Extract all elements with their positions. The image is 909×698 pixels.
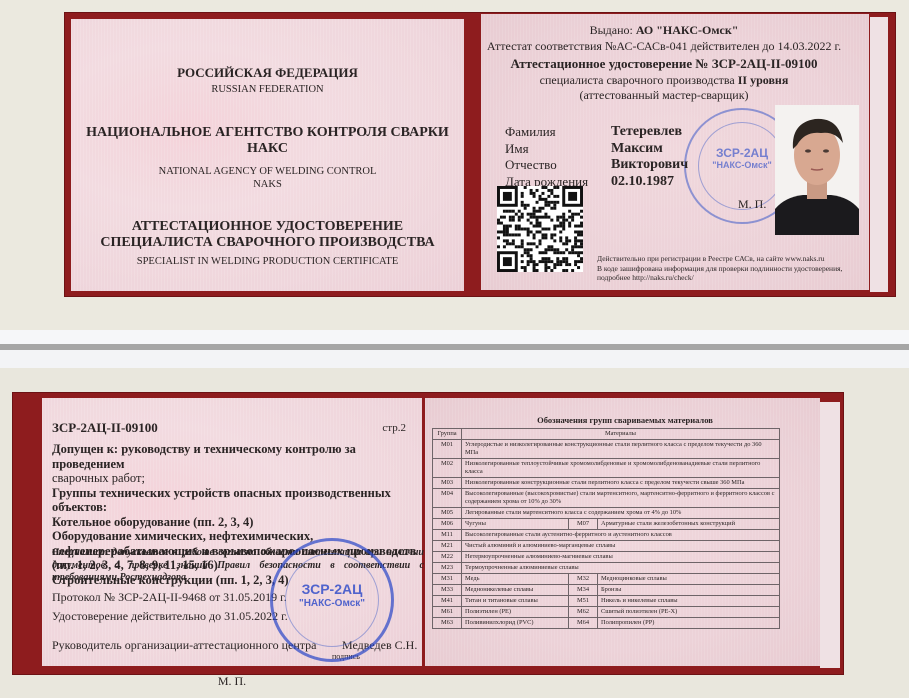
admitted-line: Допущен к: руководству и техническому ко… [52, 442, 422, 471]
page-edge-flap [870, 17, 888, 292]
validity-line: Удостоверение действительно до 31.05.202… [52, 609, 288, 624]
group-code: М22 [433, 552, 462, 563]
validity-note-line1: Действительно при регистрации в Реестре … [597, 254, 887, 264]
table-row: М11Высоколегированные стали аустенитно-ф… [433, 530, 780, 541]
issued-by: Выдано: АО "НАКС-Омск" [481, 23, 847, 38]
field-value: Викторович [611, 157, 688, 174]
group-code: М06 [433, 519, 462, 530]
head-label: Руководитель организации-аттестационного… [52, 638, 316, 653]
material-description: Медноникелевые сплавы [462, 585, 569, 596]
material-description: Арматурные стали железобетонных конструк… [598, 519, 780, 530]
group-code: М21 [433, 541, 462, 552]
table-row: М61Полиэтилен (PE)М62Сшитый полиэтилен (… [433, 607, 780, 618]
field-row: ОтчествоВикторович [505, 157, 688, 174]
agency-ru-line1: НАЦИОНАЛЬНОЕ АГЕНТСТВО КОНТРОЛЯ СВАРКИ [71, 125, 464, 141]
group-code: М64 [569, 618, 598, 629]
protocol-line: Протокол № ЗСР-2АЦ-II-9468 от 31.05.2019… [52, 590, 287, 605]
table-row: М05Легированные стали мартенситного клас… [433, 508, 780, 519]
material-description: Нетермоупрочненные алюминиево-магниевые … [462, 552, 780, 563]
material-description: Низколегированные конструкционные стали … [462, 478, 780, 489]
material-description: Термоупрочненные алюминиевые сплавы [462, 563, 780, 574]
group-item: Котельное оборудование (пп. 2, 3, 4) [52, 515, 422, 530]
material-description: Бронзы [598, 585, 780, 596]
material-description: Углеродистые и низколегированные констру… [462, 440, 780, 459]
admission-page: ЗСР-2АЦ-II-09100 стр.2 Допущен к: руково… [42, 398, 422, 666]
group-code: М04 [433, 489, 462, 508]
table-row: М04Высоколегированные (высокохромистые) … [433, 489, 780, 508]
material-description: Полиэтилен (PE) [462, 607, 569, 618]
group-code: М41 [433, 596, 462, 607]
material-description: Высоколегированные (высокохромистые) ста… [462, 489, 780, 508]
material-description: Чугуны [462, 519, 569, 530]
certificate-holder-page: Выдано: АО "НАКС-Омск" Аттестат соответс… [481, 14, 869, 290]
stamp-icon: ЗСР-2АЦ "НАКС-Омск" [270, 538, 394, 662]
scan-separator [0, 330, 909, 344]
field-value: Максим [611, 141, 663, 158]
group-code: М34 [569, 585, 598, 596]
qr-code-icon [497, 186, 583, 272]
seal-place: М. П. [738, 197, 766, 212]
group-code: М33 [433, 585, 462, 596]
material-description: Медь [462, 574, 569, 585]
table-row: М23Термоупрочненные алюминиевые сплавы [433, 563, 780, 574]
material-description: Чистый алюминий и алюминиево-марганцевые… [462, 541, 780, 552]
table-row: М02Низколегированные теплоустойчивые хро… [433, 459, 780, 478]
field-row: ФамилияТетеревлев [505, 124, 688, 141]
material-description: Полипропилен (PP) [598, 618, 780, 629]
level-value: II уровня [738, 73, 789, 87]
table-row: М06ЧугуныМ07Арматурные стали железобетон… [433, 519, 780, 530]
table-row: М31МедьМ32Медноцинковые сплавы [433, 574, 780, 585]
group-code: М23 [433, 563, 462, 574]
document-title-ru-line2: СПЕЦИАЛИСТА СВАРОЧНОГО ПРОИЗВОДСТВА [71, 235, 464, 251]
table-row: М41Титан и титановые сплавыМ51Никель и н… [433, 596, 780, 607]
material-description: Медноцинковые сплавы [598, 574, 780, 585]
field-value: 02.10.1987 [611, 174, 674, 191]
certificate-number: Аттестационное удостоверение № ЗСР-2АЦ-I… [481, 56, 847, 72]
table-row: М22Нетермоупрочненные алюминиево-магниев… [433, 552, 780, 563]
field-label: Имя [505, 141, 611, 158]
issued-label: Выдано: [590, 23, 633, 37]
document-title-ru: АТТЕСТАЦИОННОЕ УДОСТОВЕРЕНИЕ СПЕЦИАЛИСТА… [71, 219, 464, 251]
groups-heading: Группы технических устройств опасных про… [52, 486, 422, 515]
material-description: Поливинилхлорид (PVC) [462, 618, 569, 629]
material-description: Никель и никелевые сплавы [598, 596, 780, 607]
group-code: М03 [433, 478, 462, 489]
agency-en-line2: NAKS [71, 178, 464, 191]
level-prefix: специалиста сварочного производства [540, 73, 735, 87]
agency-en-line1: NATIONAL AGENCY OF WELDING CONTROL [71, 165, 464, 178]
validity-note-line3: подробнее http://naks.ru/check/ [597, 273, 887, 283]
materials-table: Группа Материалы М01Углеродистые и низко… [432, 428, 780, 629]
materials-table-title: Обозначения групп свариваемых материалов [425, 415, 825, 425]
holder-fields: ФамилияТетеревлевИмяМаксимОтчествоВиктор… [505, 124, 688, 190]
group-code: М11 [433, 530, 462, 541]
material-description: Сшитый полиэтилен (PE-X) [598, 607, 780, 618]
group-code: М07 [569, 519, 598, 530]
group-code: М05 [433, 508, 462, 519]
material-description: Титан и титановые сплавы [462, 596, 569, 607]
stamp-code: ЗСР-2АЦ [273, 581, 391, 597]
certificate-cover-page: РОССИЙСКАЯ ФЕДЕРАЦИЯ RUSSIAN FEDERATION … [71, 19, 464, 291]
country-en: RUSSIAN FEDERATION [71, 84, 464, 95]
page-edge-flap [820, 402, 840, 668]
group-code: М62 [569, 607, 598, 618]
country-ru: РОССИЙСКАЯ ФЕДЕРАЦИЯ [71, 65, 464, 81]
document-title-ru-line1: АТТЕСТАЦИОННОЕ УДОСТОВЕРЕНИЕ [71, 219, 464, 235]
registry-validity-note: Действительно при регистрации в Реестре … [597, 254, 887, 283]
scan-separator [0, 350, 909, 368]
field-row: ИмяМаксим [505, 141, 688, 158]
field-value: Тетеревлев [611, 124, 682, 141]
holder-photo-icon [775, 105, 859, 235]
group-code: М31 [433, 574, 462, 585]
col-materials: Материалы [462, 429, 780, 440]
validity-note-line2: В коде зашифрована информация для провер… [597, 264, 887, 274]
group-code: М01 [433, 440, 462, 459]
material-description: Низколегированные теплоустойчивые хромом… [462, 459, 780, 478]
table-row: М33Медноникелевые сплавыМ34Бронзы [433, 585, 780, 596]
specialist-role: (аттестованный мастер-сварщик) [481, 88, 847, 103]
seal-place: М. П. [42, 674, 422, 689]
material-description: Высоколегированные стали аустенитно-ферр… [462, 530, 780, 541]
admitted-line-cont: сварочных работ; [52, 471, 422, 486]
table-header: Группа Материалы [433, 429, 780, 440]
materials-page: Обозначения групп свариваемых материалов… [425, 398, 820, 666]
table-row: М63Поливинилхлорид (PVC)М64Полипропилен … [433, 618, 780, 629]
group-code: М51 [569, 596, 598, 607]
attestat-line: Аттестат соответствия №АС-САСв-041 дейст… [481, 39, 847, 54]
agency-ru-line2: НАКС [71, 141, 464, 157]
issuer-name: АО "НАКС-Омск" [636, 23, 739, 37]
table-row: М01Углеродистые и низколегированные конс… [433, 440, 780, 459]
stamp-name: "НАКС-Омск" [273, 598, 391, 609]
group-code: М02 [433, 459, 462, 478]
field-label: Фамилия [505, 124, 611, 141]
specialist-level: специалиста сварочного производства II у… [481, 73, 847, 88]
page-number: стр.2 [382, 422, 406, 434]
table-row: М03Низколегированные конструкционные ста… [433, 478, 780, 489]
agency-en: NATIONAL AGENCY OF WELDING CONTROL NAKS [71, 165, 464, 191]
group-code: М61 [433, 607, 462, 618]
field-label: Отчество [505, 157, 611, 174]
group-code: М63 [433, 618, 462, 629]
col-group: Группа [433, 429, 462, 440]
table-row: М21Чистый алюминий и алюминиево-марганце… [433, 541, 780, 552]
group-code: М32 [569, 574, 598, 585]
material-description: Легированные стали мартенситного класса … [462, 508, 780, 519]
certificate-number: ЗСР-2АЦ-II-09100 [52, 420, 158, 436]
document-title-en: SPECIALIST IN WELDING PRODUCTION CERTIFI… [71, 256, 464, 267]
agency-ru: НАЦИОНАЛЬНОЕ АГЕНТСТВО КОНТРОЛЯ СВАРКИ Н… [71, 125, 464, 157]
